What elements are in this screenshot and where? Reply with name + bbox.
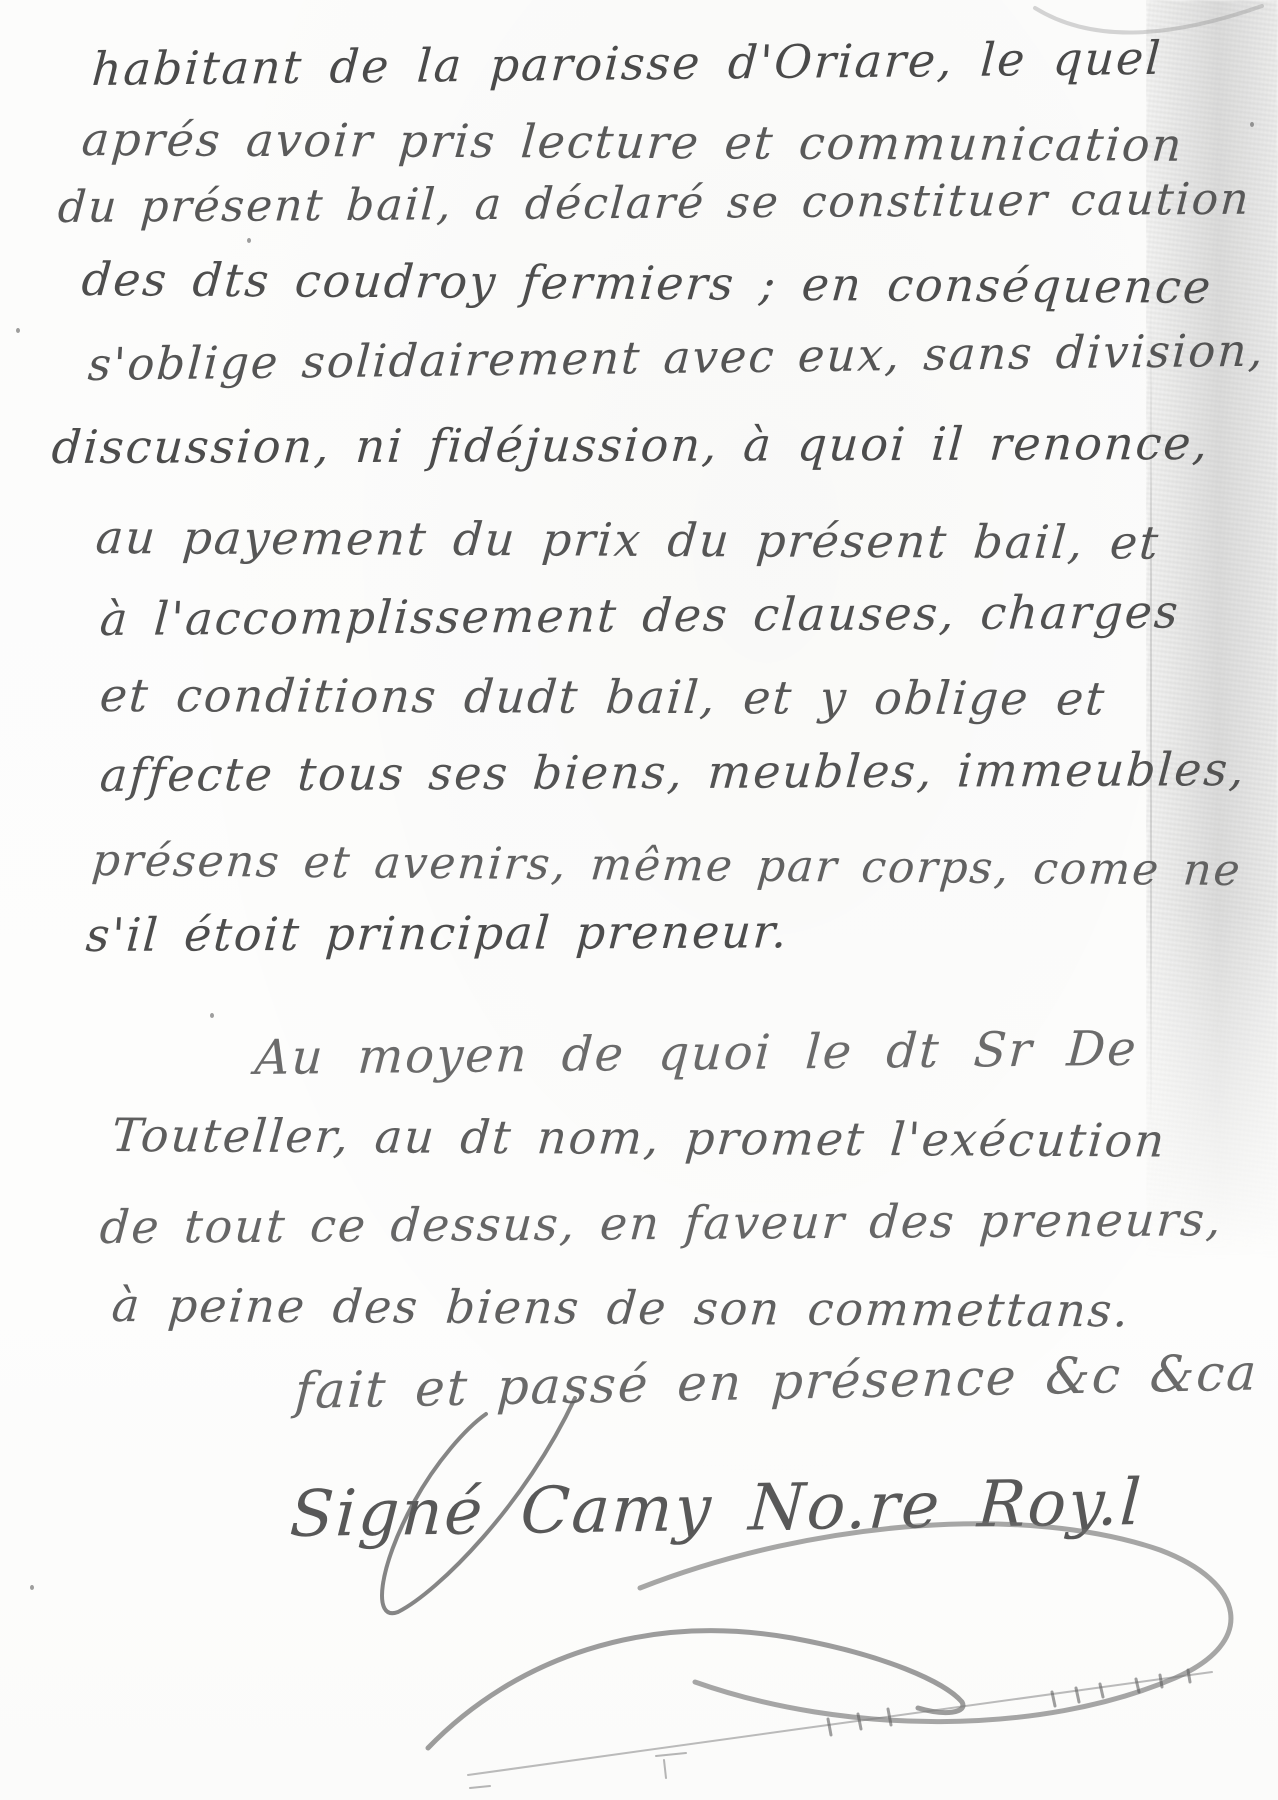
flourish-hatch-ticks [828,1670,1190,1735]
manuscript-line: de tout ce dessus, en faveur des preneur… [98,1192,1224,1254]
flourish-stroke [640,1524,1231,1722]
scan-mark [470,1753,686,1788]
manuscript-line: des dts coudroy fermiers ; en conséquenc… [80,252,1214,314]
manuscript-line: aprés avoir pris lecture et communicatio… [80,112,1186,172]
manuscript-line: à peine des biens de son commettans. [110,1278,1132,1337]
manuscript-line: au payement du prix du présent bail, et [94,510,1162,570]
manuscript-line: Touteller, au dt nom, promet l'exécution [110,1108,1168,1167]
manuscript-line: et conditions dudt bail, et y oblige et [98,668,1108,725]
manuscript-line: fait et passé en présence &c &ca [294,1343,1260,1420]
manuscript-line: discussion, ni fidéjussion, à quoi il re… [50,416,1211,474]
flourish-stroke [468,1672,1212,1775]
manuscript-line: présens et avenirs, même par corps, come… [90,835,1244,896]
manuscript-line: s'il étoit principal preneur. [84,904,790,962]
scan-speck [16,328,20,333]
scan-speck [210,1013,214,1018]
manuscript-page: habitant de la paroisse d'Oriare, le que… [0,0,1278,1800]
manuscript-line: s'oblige solidairement avec eux, sans di… [86,324,1266,391]
scan-speck [247,238,251,243]
scan-speck [1250,122,1254,127]
manuscript-line: du présent bail, a déclaré se constituer… [56,174,1252,233]
manuscript-line: à l'accomplissement des clauses, charges [98,584,1181,646]
manuscript-line: affecte tous ses biens, meubles, immeubl… [98,742,1247,802]
manuscript-line: habitant de la paroisse d'Oriare, le que… [90,31,1163,96]
flourish-stroke [428,1631,963,1748]
manuscript-line: Signé Camy No.re Roy.l [288,1466,1145,1552]
manuscript-line: Au moyen de quoi le dt Sr De [253,1021,1139,1086]
scan-speck [30,1585,34,1590]
